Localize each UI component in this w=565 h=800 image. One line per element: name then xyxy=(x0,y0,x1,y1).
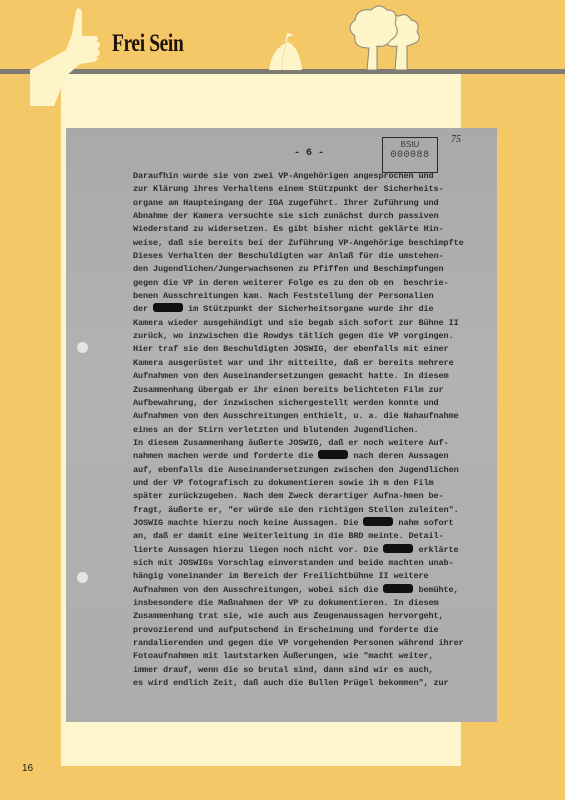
trees-icon xyxy=(345,2,425,70)
stamp-number: 000088 xyxy=(383,150,437,161)
document-line: JOSWIG machte hierzu noch keine Aussagen… xyxy=(133,517,495,530)
brand-title: Frei Sein xyxy=(112,30,183,58)
document-line: nahmen machen werde und forderte die nac… xyxy=(133,450,495,463)
stamp-agency: BStU xyxy=(383,140,437,149)
document-line: Aufnahmen von den Auseinandersetzungen g… xyxy=(133,370,495,383)
document-line: Dieses Verhalten der Beschuldigten war A… xyxy=(133,250,495,263)
thumbs-up-icon xyxy=(30,6,110,106)
document-line: Aufnahmen von den Ausschreitungen, wobei… xyxy=(133,584,495,597)
document-line: weise, daß sie bereits bei der Zuführung… xyxy=(133,237,495,250)
scanned-document: - 6 - BStU 000088 75 Daraufhin wurde sie… xyxy=(66,128,497,722)
archive-stamp: BStU 000088 xyxy=(382,137,438,173)
document-line: sich mit JOSWIGs Vorschlag einverstanden… xyxy=(133,557,495,570)
punch-hole xyxy=(77,342,88,353)
document-line: und der VP fotografisch zu dokumentieren… xyxy=(133,477,495,490)
redaction-bar xyxy=(363,517,393,526)
document-line: insbesondere die Maßnahmen der VP zu dok… xyxy=(133,597,495,610)
document-line: an, daß er damit eine Weiterleitung in d… xyxy=(133,530,495,543)
document-line: später zurückzugeben. Nach dem Zweck der… xyxy=(133,490,495,503)
document-line: Hier traf sie den Beschuldigten JOSWIG, … xyxy=(133,343,495,356)
document-line: eines an der Stirn verletzten und bluten… xyxy=(133,424,495,437)
document-page-marker: - 6 - xyxy=(294,148,324,159)
document-line: Zusammenhang übergab er ihr einen bereit… xyxy=(133,384,495,397)
document-line: Kamera ausgerüstet war und ihr mitteilte… xyxy=(133,357,495,370)
document-line: lierte Aussagen hierzu liegen noch nicht… xyxy=(133,544,495,557)
document-line: fragt, äußerte er, "er würde sie den ric… xyxy=(133,504,495,517)
sailboat-icon xyxy=(266,28,306,70)
redaction-bar xyxy=(318,450,348,459)
document-line: es wird endlich Zeit, daß auch die Bulle… xyxy=(133,677,495,690)
document-line: auf, ebenfalls die Auseinandersetzungen … xyxy=(133,464,495,477)
document-line: Kamera wieder ausgehändigt und sie begab… xyxy=(133,317,495,330)
document-line: Aufnahmen von den Ausschreitungen enthie… xyxy=(133,410,495,423)
document-line: gegen die VP in deren weiterer Folge es … xyxy=(133,277,495,290)
redaction-bar xyxy=(153,303,183,312)
page-number: 16 xyxy=(22,763,33,774)
document-line: In diesem Zusammenhang äußerte JOSWIG, d… xyxy=(133,437,495,450)
document-line: zur Klärung ihres Verhaltens einem Stütz… xyxy=(133,183,495,196)
document-line: der im Stützpunkt der Sicherheitsorgane … xyxy=(133,303,495,316)
redaction-bar xyxy=(383,544,413,553)
document-line: Wiederstand zu widersetzen. Es gibt bish… xyxy=(133,223,495,236)
document-line: Zusammenhang trat sie, wie auch aus Zeug… xyxy=(133,610,495,623)
document-line: organe am Haupteingang der IGA zugeführt… xyxy=(133,197,495,210)
document-line: provozierend und aufputschend in Erschei… xyxy=(133,624,495,637)
document-line: zurück, wo inzwischen die Rowdys tätlich… xyxy=(133,330,495,343)
document-line: Aufbewahrung, der inzwischen sichergeste… xyxy=(133,397,495,410)
document-line: den Jugendlichen/Jungerwachsenen zu Pfif… xyxy=(133,263,495,276)
document-line: hängig voneinander im Bereich der Freili… xyxy=(133,570,495,583)
document-body: Daraufhin wurde sie von zwei VP-Angehöri… xyxy=(133,170,495,690)
redaction-bar xyxy=(383,584,413,593)
document-line: Fotoaufnahmen mit lautstarken Äußerungen… xyxy=(133,650,495,663)
punch-hole xyxy=(77,572,88,583)
document-line: Daraufhin wurde sie von zwei VP-Angehöri… xyxy=(133,170,495,183)
document-line: randalierenden und gegen die VP vorgehen… xyxy=(133,637,495,650)
document-line: immer drauf, wenn die so brutal sind, da… xyxy=(133,664,495,677)
document-line: Abnahme der Kamera versuchte sie sich zu… xyxy=(133,210,495,223)
handwritten-folio: 75 xyxy=(451,134,461,145)
document-line: benen Ausschreitungen kam. Nach Feststel… xyxy=(133,290,495,303)
